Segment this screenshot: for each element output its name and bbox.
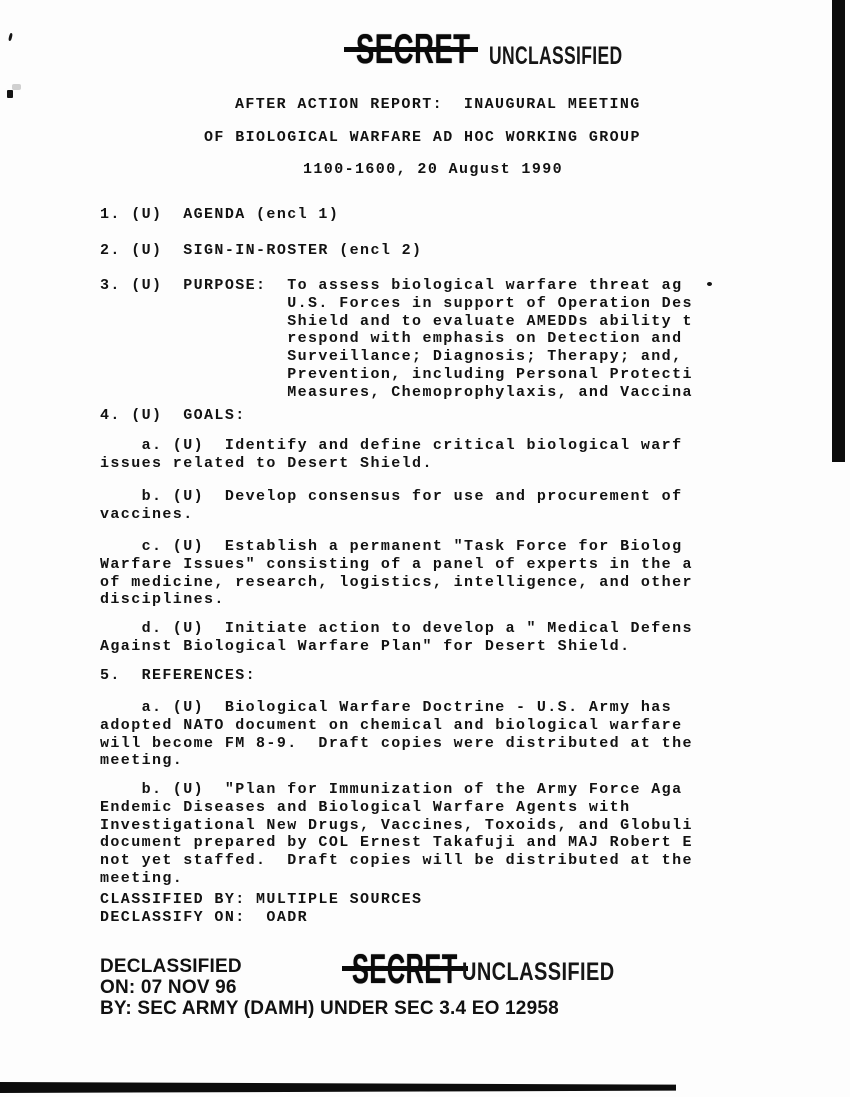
scan-dot-right	[707, 282, 712, 286]
declassified-line-2: ON: 07 NOV 96	[100, 978, 237, 997]
paragraph-sign-in-roster: 2. (U) SIGN-IN-ROSTER (encl 2)	[100, 242, 694, 260]
paragraph-purpose: 3. (U) PURPOSE: To assess biological war…	[100, 277, 694, 402]
paragraph-goal-c: c. (U) Establish a permanent "Task Force…	[100, 538, 694, 609]
scan-smudge-left	[12, 84, 21, 90]
paragraph-agenda: 1. (U) AGENDA (encl 1)	[100, 206, 694, 224]
bottom-scan-bar	[0, 1081, 676, 1093]
title-line-2: OF BIOLOGICAL WARFARE AD HOC WORKING GRO…	[204, 129, 641, 147]
secret-stamp-strikethrough-bottom	[342, 966, 468, 971]
title-line-3: 1100-1600, 20 August 1990	[303, 161, 563, 179]
paragraph-classified-by: CLASSIFIED BY: MULTIPLE SOURCES DECLASSI…	[100, 891, 694, 927]
paragraph-reference-a: a. (U) Biological Warfare Doctrine - U.S…	[100, 699, 694, 770]
paragraph-goal-d: d. (U) Initiate action to develop a " Me…	[100, 620, 694, 656]
paragraph-goals-heading: 4. (U) GOALS:	[100, 407, 694, 425]
scan-speck-left	[7, 90, 13, 98]
right-edge-scan-bar	[832, 0, 845, 462]
paragraph-reference-b: b. (U) "Plan for Immunization of the Arm…	[100, 781, 694, 888]
unclassified-label-bottom: UNCLASSIFIED	[462, 960, 615, 985]
declassified-line-3: BY: SEC ARMY (DAMH) UNDER SEC 3.4 EO 129…	[100, 999, 559, 1018]
paragraph-goal-b: b. (U) Develop consensus for use and pro…	[100, 488, 694, 524]
paragraph-goal-a: a. (U) Identify and define critical biol…	[100, 437, 694, 473]
title-line-1: AFTER ACTION REPORT: INAUGURAL MEETING	[235, 96, 641, 114]
secret-stamp-strikethrough-top	[344, 47, 478, 52]
unclassified-label-top: UNCLASSIFIED	[489, 44, 623, 69]
paragraph-references-heading: 5. REFERENCES:	[100, 667, 694, 685]
declassified-line-1: DECLASSIFIED	[100, 957, 242, 976]
scan-speck-top-left	[8, 33, 13, 41]
document-page: SECRET UNCLASSIFIED AFTER ACTION REPORT:…	[0, 0, 850, 1097]
